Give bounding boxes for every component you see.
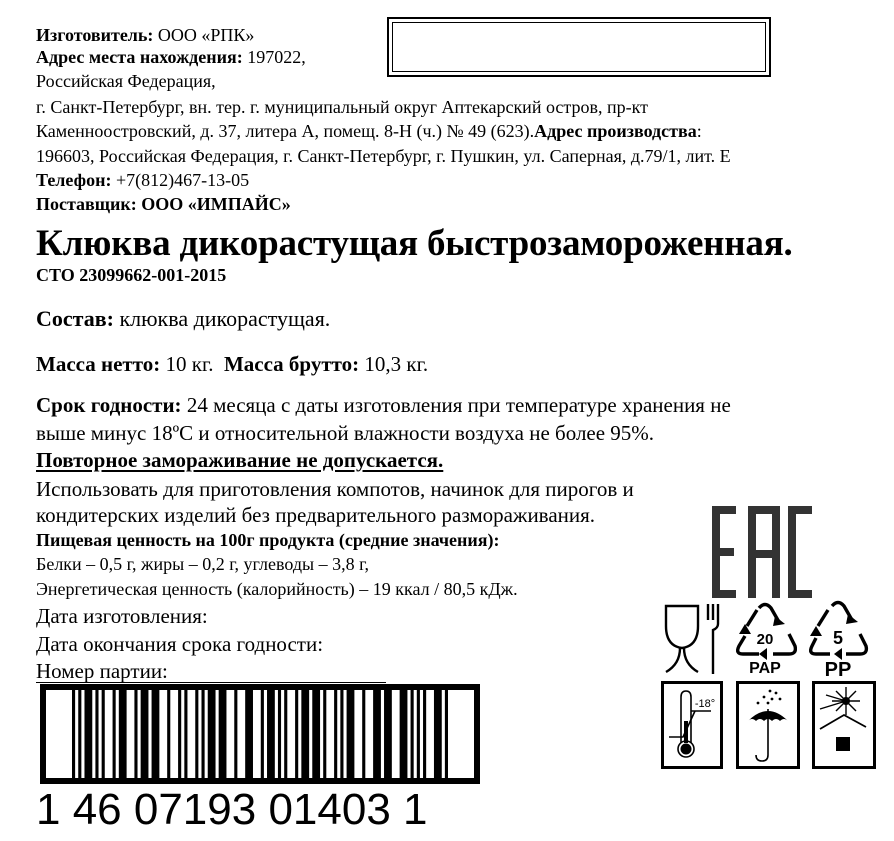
- manufacturer-value: ООО «РПК»: [153, 25, 254, 45]
- svg-text:5: 5: [833, 628, 843, 648]
- itf14-barcode: [40, 684, 480, 784]
- shelf-life-value: 24 месяца с даты изготовления при темпер…: [182, 393, 731, 417]
- net-mass-label: Масса нетто:: [36, 352, 160, 376]
- gross-mass-label: Масса брутто:: [224, 352, 359, 376]
- legal-address-line-3: г. Санкт-Петербург, вн. тер. г. муниципа…: [36, 96, 648, 118]
- legal-address-line-4: Каменноостровский, д. 37, литера А, поме…: [36, 120, 702, 142]
- shelf-life-line-1: Срок годности: 24 месяца с даты изготовл…: [36, 393, 731, 418]
- manufacturer-label: Изготовитель:: [36, 25, 153, 45]
- svg-text:PAP: PAP: [749, 660, 781, 677]
- keep-dry-icon: [736, 681, 800, 769]
- product-title: Клюква дикорастущая быстрозамороженная.: [36, 222, 793, 265]
- refreeze-warning: Повторное замораживание не допускается.: [36, 448, 443, 473]
- legal-address-label: Адрес места нахождения:: [36, 47, 243, 67]
- production-address-label: Адрес производства: [534, 121, 697, 141]
- phone-line: Телефон: +7(812)467-13-05: [36, 169, 249, 191]
- mass-line: Масса нетто: 10 кг. Масса брутто: 10,3 к…: [36, 352, 428, 377]
- shelf-life-line-2: выше минус 18ºС и относительной влажност…: [36, 421, 654, 446]
- composition-value: клюква дикорастущая.: [114, 306, 330, 331]
- production-address-colon: :: [697, 121, 702, 141]
- expiry-date-field: Дата окончания срока годности:: [36, 632, 323, 657]
- product-standard: СТО 23099662-001-2015: [36, 265, 226, 286]
- manufacturer-line: Изготовитель: ООО «РПК»: [36, 24, 254, 46]
- shelf-life-label: Срок годности:: [36, 393, 182, 417]
- protect-from-sun-icon: [812, 681, 876, 769]
- legal-address-street: Каменноостровский, д. 37, литера А, поме…: [36, 121, 534, 141]
- phone-value: +7(812)467-13-05: [111, 170, 249, 190]
- phone-label: Телефон:: [36, 170, 111, 190]
- nutrition-energy: Энергетическая ценность (калорийность) –…: [36, 579, 518, 600]
- barcode-digits: 1 46 07193 01403 1: [36, 786, 486, 834]
- net-mass-value: 10 кг.: [160, 352, 213, 376]
- eac-mark-icon: [710, 506, 814, 600]
- nutrition-macros: Белки – 0,5 г, жиры – 0,2 г, углеводы – …: [36, 554, 369, 575]
- usage-line-2: кондитерских изделий без предварительног…: [36, 503, 595, 528]
- composition-line: Состав: клюква дикорастущая.: [36, 306, 330, 332]
- production-address-value: 196603, Российская Федерация, г. Санкт-П…: [36, 145, 731, 167]
- composition-label: Состав:: [36, 306, 114, 331]
- nutrition-title: Пищевая ценность на 100г продукта (средн…: [36, 530, 500, 551]
- legal-address-line-1: Адрес места нахождения: 197022,: [36, 46, 306, 68]
- svg-text:20: 20: [757, 631, 774, 648]
- storage-temperature-icon: -18°: [661, 681, 723, 769]
- legal-address-postcode: 197022,: [243, 47, 306, 67]
- stamp-box: [387, 17, 771, 77]
- food-contact-icon: [662, 602, 722, 676]
- svg-text:PP: PP: [825, 659, 852, 678]
- batch-number-field: Номер партии:: [36, 659, 168, 684]
- batch-number-underline: [36, 682, 386, 683]
- legal-address-line-2: Российская Федерация,: [36, 70, 216, 92]
- gross-mass-value: 10,3 кг.: [359, 352, 428, 376]
- recycle-paper-icon: 20 PAP: [733, 602, 797, 678]
- usage-line-1: Использовать для приготовления компотов,…: [36, 477, 634, 502]
- recycle-pp-icon: 5 PP: [806, 600, 870, 678]
- manufacture-date-field: Дата изготовления:: [36, 604, 208, 629]
- supplier-line: Поставщик: ООО «ИМПАЙС»: [36, 193, 291, 215]
- svg-text:-18°: -18°: [695, 698, 715, 710]
